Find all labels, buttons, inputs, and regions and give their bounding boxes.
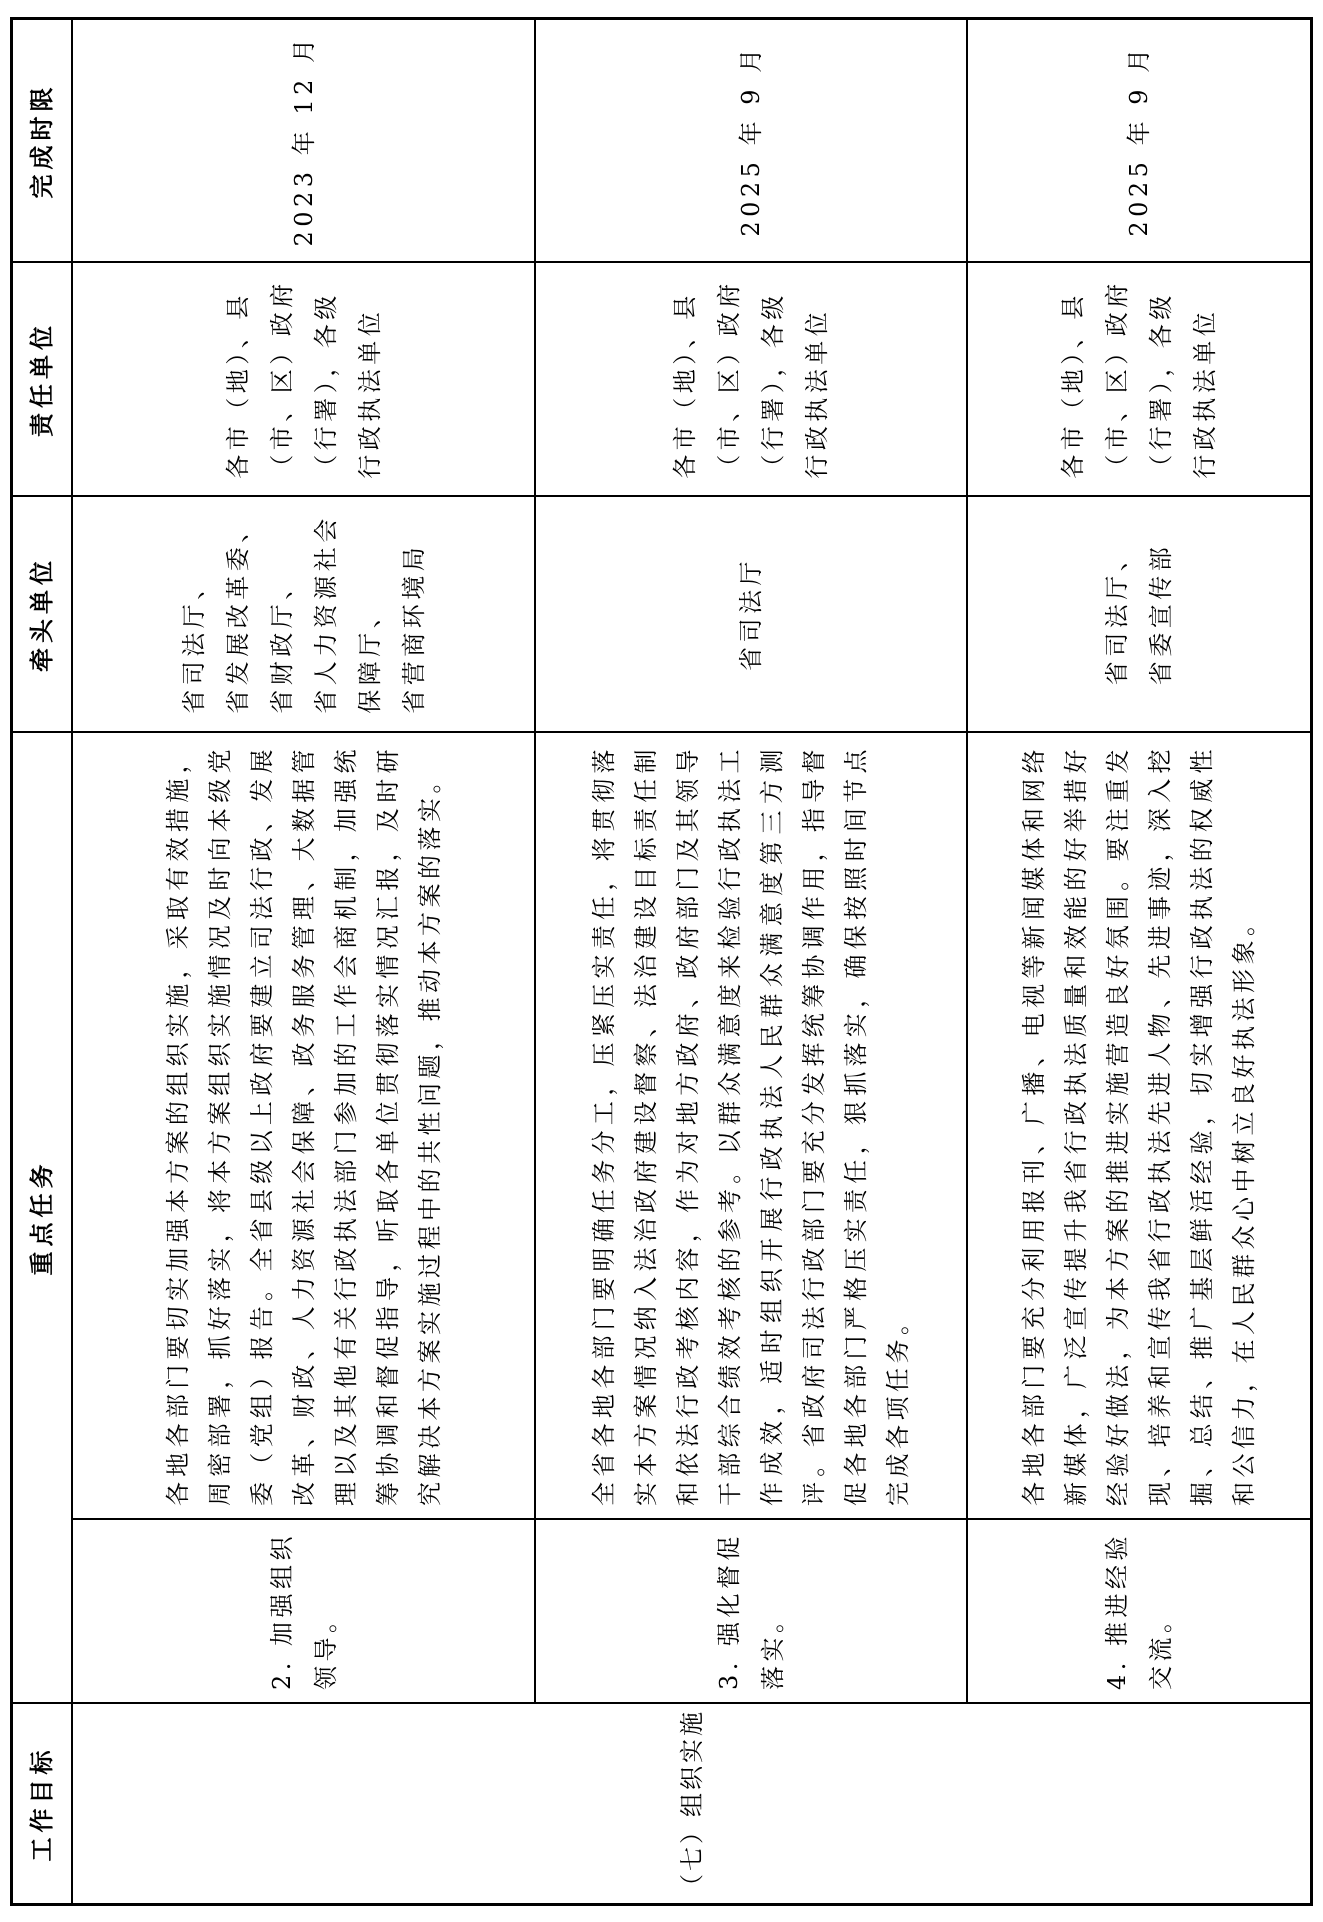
header-responsible-unit: 责任单位 (13, 261, 73, 495)
deadline-cell: 2025 年 9 月 (968, 20, 1310, 261)
lead-unit-cell: 省司法厅、 省委宣传部 (968, 495, 1310, 731)
task-description-cell: 全省各地各部门要明确任务分工，压紧压实责任，将贯彻落实本方案情况纳入法治政府建设… (536, 731, 968, 1518)
responsible-unit-text: 各市（地）、县 （市、区）政府 （行署），各级 行政执法单位 (1051, 279, 1227, 479)
header-key-task: 重点任务 (13, 731, 73, 1702)
deadline-cell: 2023 年 12 月 (73, 20, 536, 261)
work-goal-cell: （七）组织实施 (73, 1702, 1310, 1903)
responsible-unit-text: 各市（地）、县 （市、区）政府 （行署），各级 行政执法单位 (663, 279, 839, 479)
action-plan-table: 工作目标 重点任务 牵头单位 责任单位 完成时限 （七）组织实施 2. 加强组织… (10, 17, 1313, 1906)
task-description-cell: 各地各部门要切实加强本方案的组织实施，采取有效措施，周密部署，抓好落实，将本方案… (73, 731, 536, 1518)
task-number-text: 3. 强化督促 落实。 (707, 1532, 795, 1690)
lead-unit-cell: 省司法厅、 省发展改革委、 省财政厅、 省人力资源社会 保障厅、 省营商环境局 (73, 495, 536, 731)
lead-unit-cell: 省司法厅 (536, 495, 968, 731)
responsible-unit-cell: 各市（地）、县 （市、区）政府 （行署），各级 行政执法单位 (536, 261, 968, 495)
responsible-unit-cell: 各市（地）、县 （市、区）政府 （行署），各级 行政执法单位 (73, 261, 536, 495)
lead-unit-text: 省司法厅、 省发展改革委、 省财政厅、 省人力资源社会 保障厅、 省营商环境局 (172, 514, 436, 714)
task-description-text: 各地各部门要切实加强本方案的组织实施，采取有效措施，周密部署，抓好落实，将本方案… (157, 745, 451, 1506)
task-description-text: 全省各地各部门要明确任务分工，压紧压实责任，将贯彻落实本方案情况纳入法治政府建设… (583, 745, 919, 1506)
task-number-cell: 2. 加强组织 领导。 (73, 1518, 536, 1702)
task-description-text: 各地各部门要充分利用报刊、广播、电视等新闻媒体和网络新媒体，广泛宣传提升我省行政… (1013, 745, 1265, 1506)
task-number-text: 2. 加强组织 领导。 (260, 1532, 348, 1690)
task-description-cell: 各地各部门要充分利用报刊、广播、电视等新闻媒体和网络新媒体，广泛宣传提升我省行政… (968, 731, 1310, 1518)
task-number-cell: 3. 强化督促 落实。 (536, 1518, 968, 1702)
header-deadline: 完成时限 (13, 20, 73, 261)
task-number-cell: 4. 推进经验 交流。 (968, 1518, 1310, 1702)
document-page: 工作目标 重点任务 牵头单位 责任单位 完成时限 （七）组织实施 2. 加强组织… (0, 0, 1323, 1922)
responsible-unit-text: 各市（地）、县 （市、区）政府 （行署），各级 行政执法单位 (216, 279, 392, 479)
rotated-landscape-sheet: 工作目标 重点任务 牵头单位 责任单位 完成时限 （七）组织实施 2. 加强组织… (0, 0, 1323, 1922)
deadline-cell: 2025 年 9 月 (536, 20, 968, 261)
responsible-unit-cell: 各市（地）、县 （市、区）政府 （行署），各级 行政执法单位 (968, 261, 1310, 495)
lead-unit-text: 省司法厅 (729, 557, 773, 671)
header-lead-unit: 牵头单位 (13, 495, 73, 731)
header-work-goal: 工作目标 (13, 1702, 73, 1903)
lead-unit-text: 省司法厅、 省委宣传部 (1095, 543, 1183, 686)
task-number-text: 4. 推进经验 交流。 (1095, 1532, 1183, 1690)
